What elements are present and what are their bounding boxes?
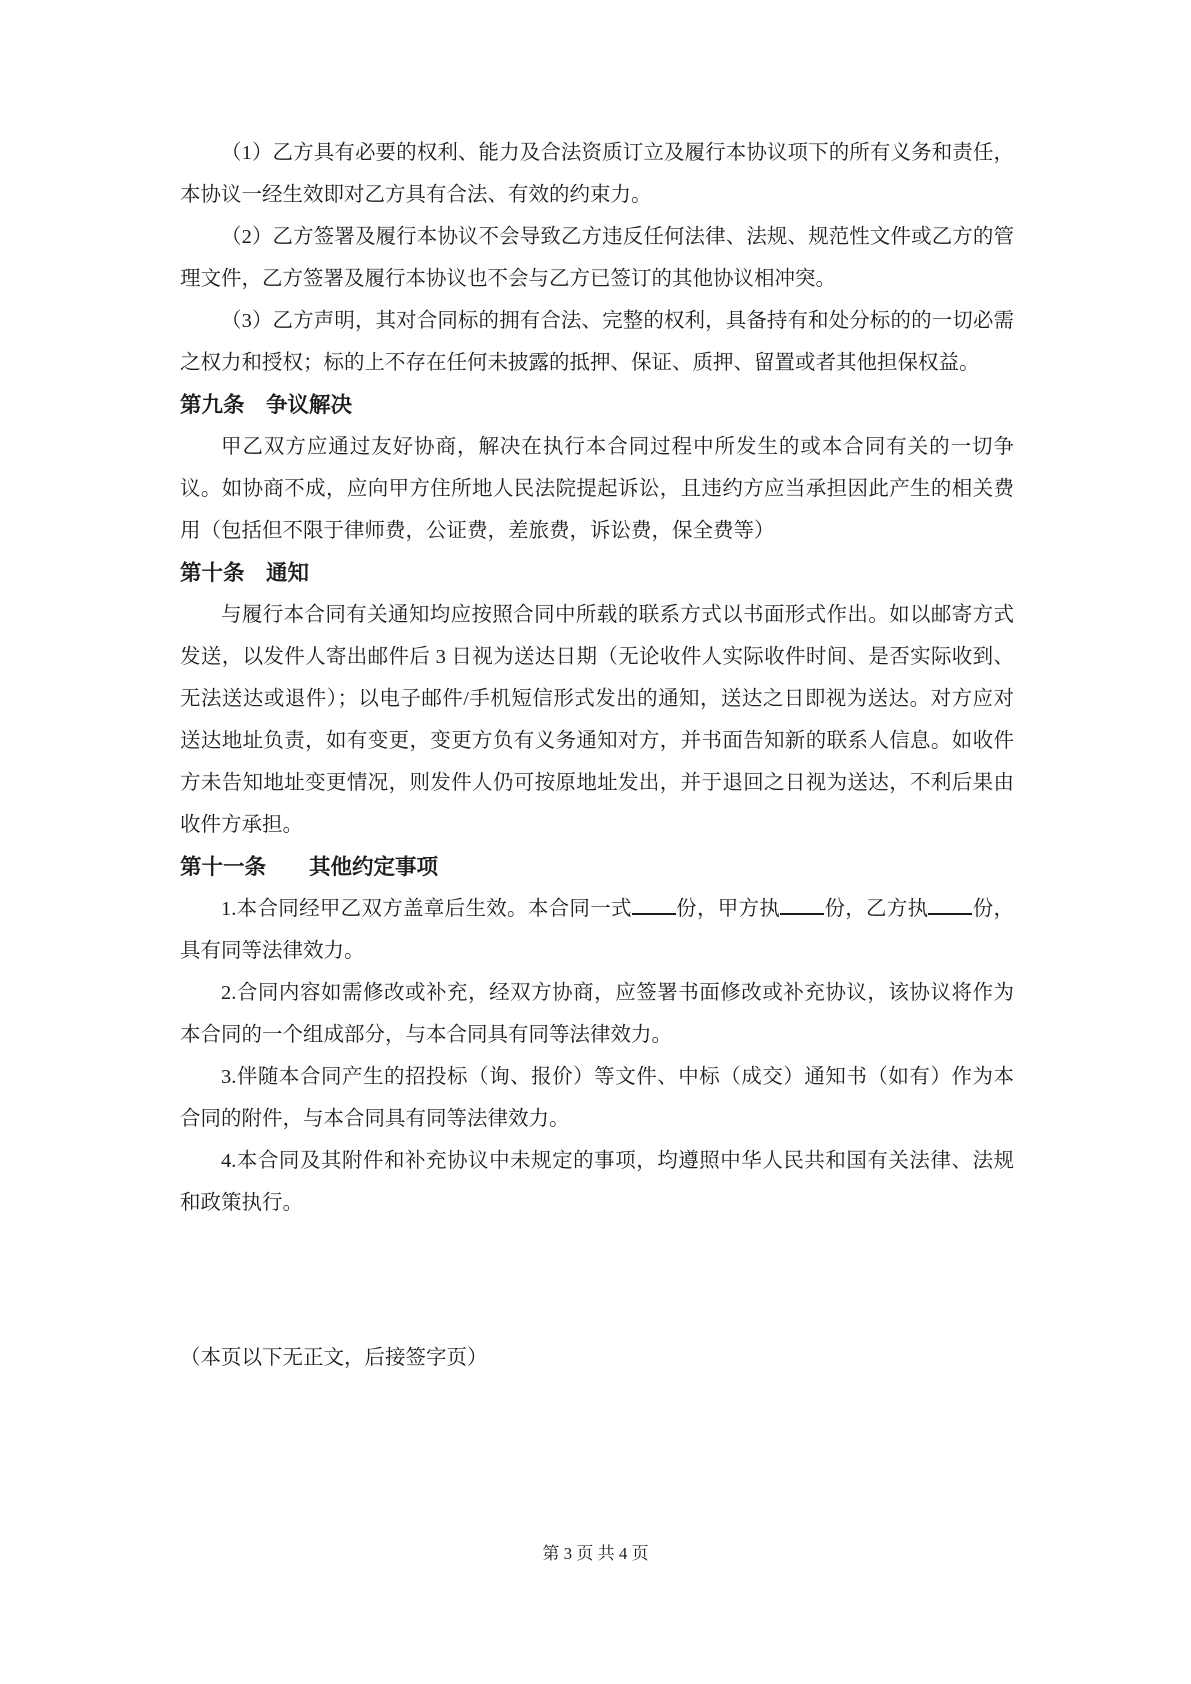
counterparts-clause-text-3: 份，乙方执 [824,898,928,920]
counterparts-clause: 1.本合同经甲乙双方盖章后生效。本合同一式份，甲方执份，乙方执份，具有同等法律效… [180,888,1014,972]
amendment-clause: 2.合同内容如需修改或补充，经双方协商，应签署书面修改或补充协议，该协议将作为本… [180,972,1014,1056]
attachments-clause: 3.伴随本合同产生的招投标（询、报价）等文件、中标（成交）通知书（如有）作为本合… [180,1056,1014,1140]
fill-in-blank-party-b-copies [928,913,972,915]
section-heading-article-10-notice: 第十条 通知 [180,552,1014,594]
document-body: （1）乙方具有必要的权利、能力及合法资质订立及履行本协议项下的所有义务和责任，本… [180,132,1014,1379]
representation-clause-2: （2）乙方签署及履行本协议不会导致乙方违反任何法律、法规、规范性文件或乙方的管理… [180,216,1014,300]
governing-law-clause: 4.本合同及其附件和补充协议中未规定的事项，均遵照中华人民共和国有关法律、法规和… [180,1140,1014,1224]
dispute-resolution-clause: 甲乙双方应通过友好协商，解决在执行本合同过程中所发生的或本合同有关的一切争议。如… [180,426,1014,552]
notice-clause: 与履行本合同有关通知均应按照合同中所载的联系方式以书面形式作出。如以邮寄方式发送… [180,594,1014,846]
section-heading-article-9-dispute-resolution: 第九条 争议解决 [180,384,1014,426]
contract-document-page: （1）乙方具有必要的权利、能力及合法资质订立及履行本协议项下的所有义务和责任，本… [0,0,1191,1684]
section-heading-article-11-other-matters: 第十一条 其他约定事项 [180,846,1014,888]
counterparts-clause-text-2: 份，甲方执 [676,898,780,920]
counterparts-clause-text-1: 1.本合同经甲乙双方盖章后生效。本合同一式 [221,898,632,920]
page-footer: 第 3 页 共 4 页 [0,1543,1191,1565]
fill-in-blank-party-a-copies [780,913,824,915]
page-number-label: 第 3 页 共 4 页 [542,1544,648,1563]
fill-in-blank-total-copies [632,913,676,915]
representation-clause-1: （1）乙方具有必要的权利、能力及合法资质订立及履行本协议项下的所有义务和责任，本… [180,132,1014,216]
closing-note: （本页以下无正文，后接签字页） [180,1337,1014,1379]
representation-clause-3: （3）乙方声明，其对合同标的拥有合法、完整的权利，具备持有和处分标的的一切必需之… [180,300,1014,384]
